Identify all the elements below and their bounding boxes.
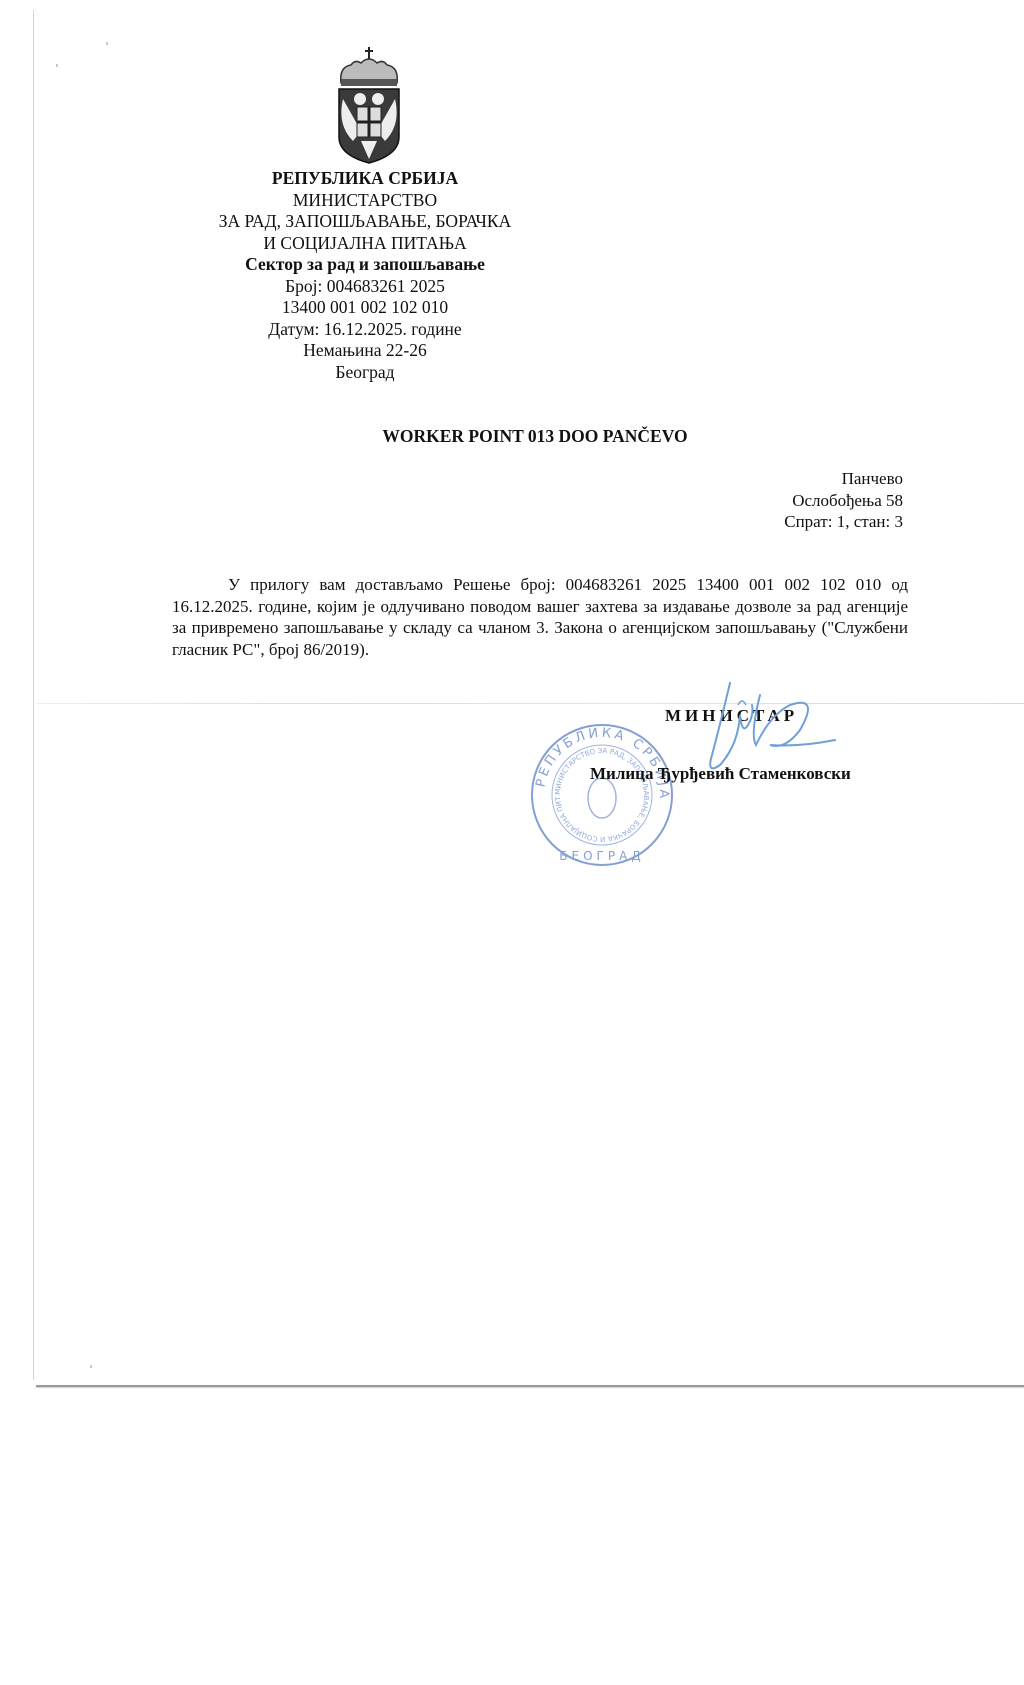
- scan-bottom-edge: [36, 1385, 1024, 1387]
- scan-left-edge: [33, 10, 34, 1380]
- ministry-line-1: МИНИСТАРСТВО: [170, 190, 560, 212]
- reference-number-2: 13400 001 002 102 010: [170, 297, 560, 319]
- scan-speck: [106, 42, 108, 45]
- sender-city: Београд: [170, 362, 560, 384]
- recipient-unit: Спрат: 1, стан: 3: [784, 511, 903, 533]
- serbian-coat-of-arms-icon: [333, 45, 405, 165]
- recipient-street: Ослобођења 58: [784, 490, 903, 512]
- recipient-city: Панчево: [784, 468, 903, 490]
- ministry-line-2: ЗА РАД, ЗАПОШЉАВАЊЕ, БОРАЧКА: [170, 211, 560, 233]
- paper-fold-line: [36, 703, 1024, 704]
- scanned-letter-page: РЕПУБЛИКА СРБИЈА МИНИСТАРСТВО ЗА РАД, ЗА…: [0, 0, 1024, 1685]
- scan-speck: [56, 64, 58, 67]
- handwritten-signature-icon: [690, 675, 840, 785]
- ministry-line-3: И СОЦИЈАЛНА ПИТАЊА: [170, 233, 560, 255]
- recipient-name: WORKER POINT 013 DOO PANČEVO: [340, 426, 730, 447]
- recipient-address: Панчево Ослобођења 58 Спрат: 1, стан: 3: [784, 468, 903, 533]
- country-name: РЕПУБЛИКА СРБИЈА: [170, 168, 560, 190]
- document-date: Датум: 16.12.2025. године: [170, 319, 560, 341]
- reference-number-1: Број: 004683261 2025: [170, 276, 560, 298]
- scan-speck: [90, 1365, 92, 1368]
- sender-street: Немањина 22-26: [170, 340, 560, 362]
- sector-name: Сектор за рад и запошљавање: [170, 254, 560, 276]
- svg-text:БЕОГРАД: БЕОГРАД: [559, 849, 644, 863]
- letter-body: У прилогу вам достављамо Решење број: 00…: [172, 574, 908, 660]
- sender-header: РЕПУБЛИКА СРБИЈА МИНИСТАРСТВО ЗА РАД, ЗА…: [170, 168, 560, 383]
- official-stamp-icon: РЕПУБЛИКА СРБИЈА МИНИСТАРСТВО ЗА РАД, ЗА…: [527, 720, 677, 870]
